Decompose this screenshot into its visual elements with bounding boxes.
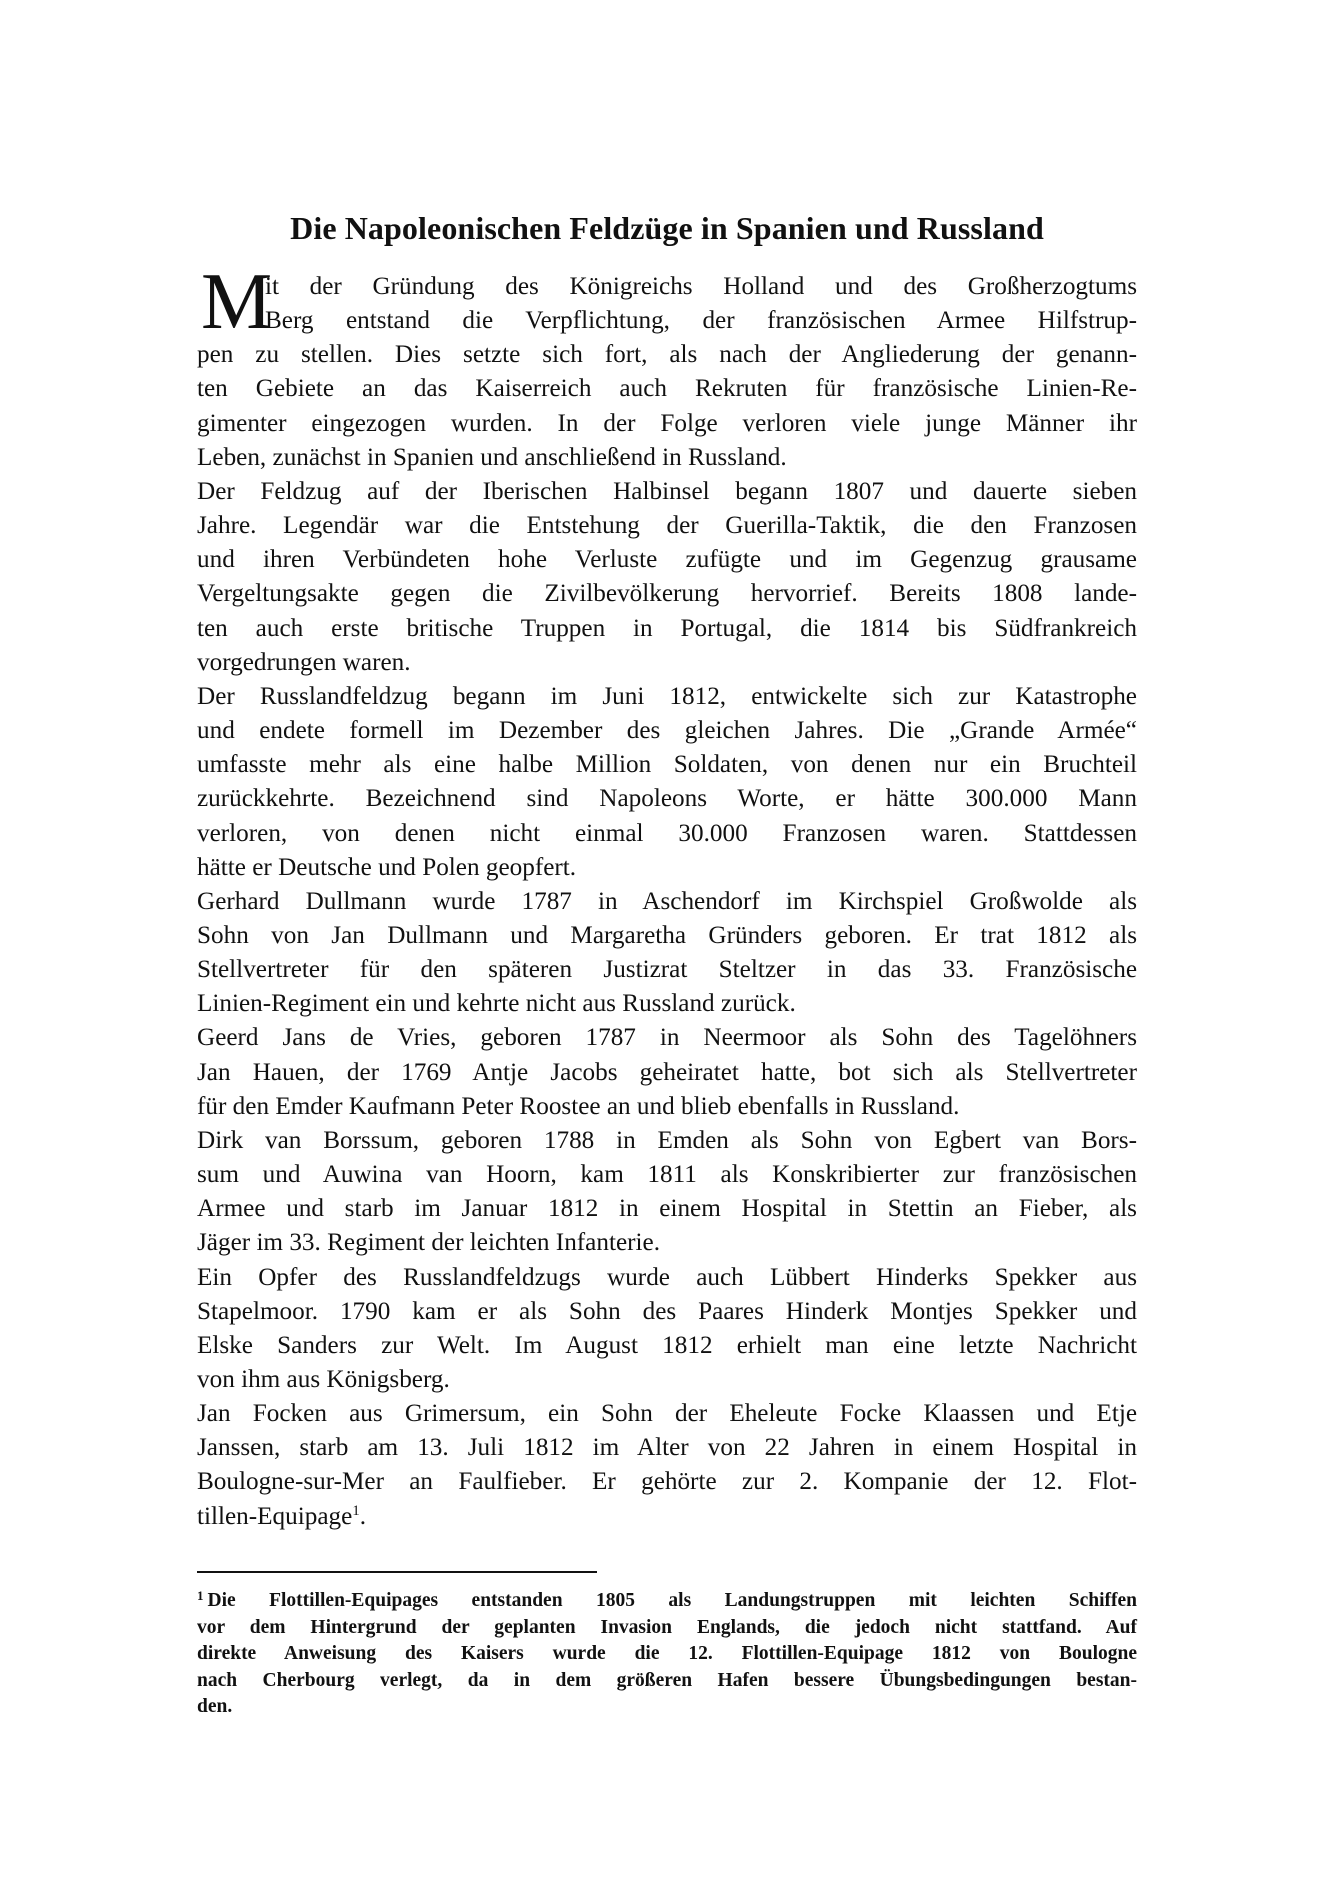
text-line: Ein Opfer des Russlandfeldzugs wurde auc… <box>197 1261 1137 1295</box>
document-page: Die Napoleonischen Feldzüge in Spanien u… <box>0 0 1338 1891</box>
paragraph-7: Ein Opfer des Russlandfeldzugs wurde auc… <box>197 1261 1137 1398</box>
page-title: Die Napoleonischen Feldzüge in Spanien u… <box>197 208 1137 248</box>
paragraph-4: Gerhard Dullmann wurde 1787 in Aschendor… <box>197 885 1137 1022</box>
text-line: Dirk van Borssum, geboren 1788 in Emden … <box>197 1124 1137 1158</box>
text-line: ten auch erste britische Truppen in Port… <box>197 612 1137 646</box>
text-line-content: tillen-Equipage <box>197 1503 352 1530</box>
text-line: Berg entstand die Verpflichtung, der fra… <box>265 304 1137 338</box>
text-line: und endete formell im Dezember des gleic… <box>197 714 1137 748</box>
text-line: Gerhard Dullmann wurde 1787 in Aschendor… <box>197 885 1137 919</box>
text-line: Jäger im 33. Regiment der leichten Infan… <box>197 1226 1137 1260</box>
text-line: vorgedrungen waren. <box>197 646 1137 680</box>
text-line: verloren, von denen nicht einmal 30.000 … <box>197 817 1137 851</box>
text-line: sum und Auwina van Hoorn, kam 1811 als K… <box>197 1158 1137 1192</box>
text-line: Janssen, starb am 13. Juli 1812 im Alter… <box>197 1431 1137 1465</box>
text-line: Jan Focken aus Grimersum, ein Sohn der E… <box>197 1397 1137 1431</box>
footnote-reference[interactable]: 1 <box>352 1503 360 1519</box>
footnotes: 1Die Flottillen-Equipages entstanden 180… <box>197 1588 1137 1721</box>
footnote-line: vor dem Hintergrund der geplanten Invasi… <box>197 1615 1137 1642</box>
text-line: Linien-Regiment ein und kehrte nicht aus… <box>197 987 1137 1021</box>
text-line: tillen-Equipage1. <box>197 1500 1137 1534</box>
text-line: Armee und starb im Januar 1812 in einem … <box>197 1192 1137 1226</box>
paragraph-3: Der Russlandfeldzug begann im Juni 1812,… <box>197 680 1137 885</box>
text-line: Stapelmoor. 1790 kam er als Sohn des Paa… <box>197 1295 1137 1329</box>
paragraph-8: Jan Focken aus Grimersum, ein Sohn der E… <box>197 1397 1137 1534</box>
text-line: Boulogne-sur-Mer an Faulfieber. Er gehör… <box>197 1465 1137 1499</box>
footnote-separator <box>197 1571 597 1573</box>
text-line: für den Emder Kaufmann Peter Roostee an … <box>197 1090 1137 1124</box>
paragraph-5: Geerd Jans de Vries, geboren 1787 in Nee… <box>197 1021 1137 1123</box>
trailing-punctuation: . <box>360 1503 366 1530</box>
footnote-line-content: Die Flottillen-Equipages entstanden 1805… <box>208 1590 1138 1611</box>
paragraph-6: Dirk van Borssum, geboren 1788 in Emden … <box>197 1124 1137 1261</box>
footnote-1: 1Die Flottillen-Equipages entstanden 180… <box>197 1588 1137 1721</box>
text-line: Vergeltungsakte gegen die Zivilbevölkeru… <box>197 577 1137 611</box>
text-line: Jan Hauen, der 1769 Antje Jacobs geheira… <box>197 1056 1137 1090</box>
text-line: zurückkehrte. Bezeichnend sind Napoleons… <box>197 782 1137 816</box>
text-line: Stellvertreter für den späteren Justizra… <box>197 953 1137 987</box>
text-line: pen zu stellen. Dies setzte sich fort, a… <box>197 338 1137 372</box>
text-line: und ihren Verbündeten hohe Verluste zufü… <box>197 543 1137 577</box>
text-line: Der Feldzug auf der Iberischen Halbinsel… <box>197 475 1137 509</box>
text-line: von ihm aus Königsberg. <box>197 1363 1137 1397</box>
footnote-line: den. <box>197 1694 1137 1721</box>
body-text: M it der Gründung des Königreichs Hollan… <box>197 270 1137 1534</box>
text-line: hätte er Deutsche und Polen geopfert. <box>197 851 1137 885</box>
text-line: gimenter eingezogen wurden. In der Folge… <box>197 407 1137 441</box>
text-line: Elske Sanders zur Welt. Im August 1812 e… <box>197 1329 1137 1363</box>
text-line: Jahre. Legendär war die Entstehung der G… <box>197 509 1137 543</box>
text-line: ten Gebiete an das Kaiserreich auch Rekr… <box>197 372 1137 406</box>
footnote-line: direkte Anweisung des Kaisers wurde die … <box>197 1641 1137 1668</box>
footnote-line: 1Die Flottillen-Equipages entstanden 180… <box>197 1588 1137 1615</box>
text-line: Der Russlandfeldzug begann im Juni 1812,… <box>197 680 1137 714</box>
paragraph-2: Der Feldzug auf der Iberischen Halbinsel… <box>197 475 1137 680</box>
text-line: Leben, zunächst in Spanien und anschließ… <box>197 441 1137 475</box>
paragraph-1: it der Gründung des Königreichs Holland … <box>197 270 1137 475</box>
footnote-line: nach Cherbourg verlegt, da in dem größer… <box>197 1668 1137 1695</box>
text-line: umfasste mehr als eine halbe Million Sol… <box>197 748 1137 782</box>
text-line: Sohn von Jan Dullmann und Margaretha Grü… <box>197 919 1137 953</box>
footnote-mark: 1 <box>197 1588 204 1603</box>
text-line: it der Gründung des Königreichs Holland … <box>265 270 1137 304</box>
text-line: Geerd Jans de Vries, geboren 1787 in Nee… <box>197 1021 1137 1055</box>
drop-cap: M <box>201 262 272 342</box>
